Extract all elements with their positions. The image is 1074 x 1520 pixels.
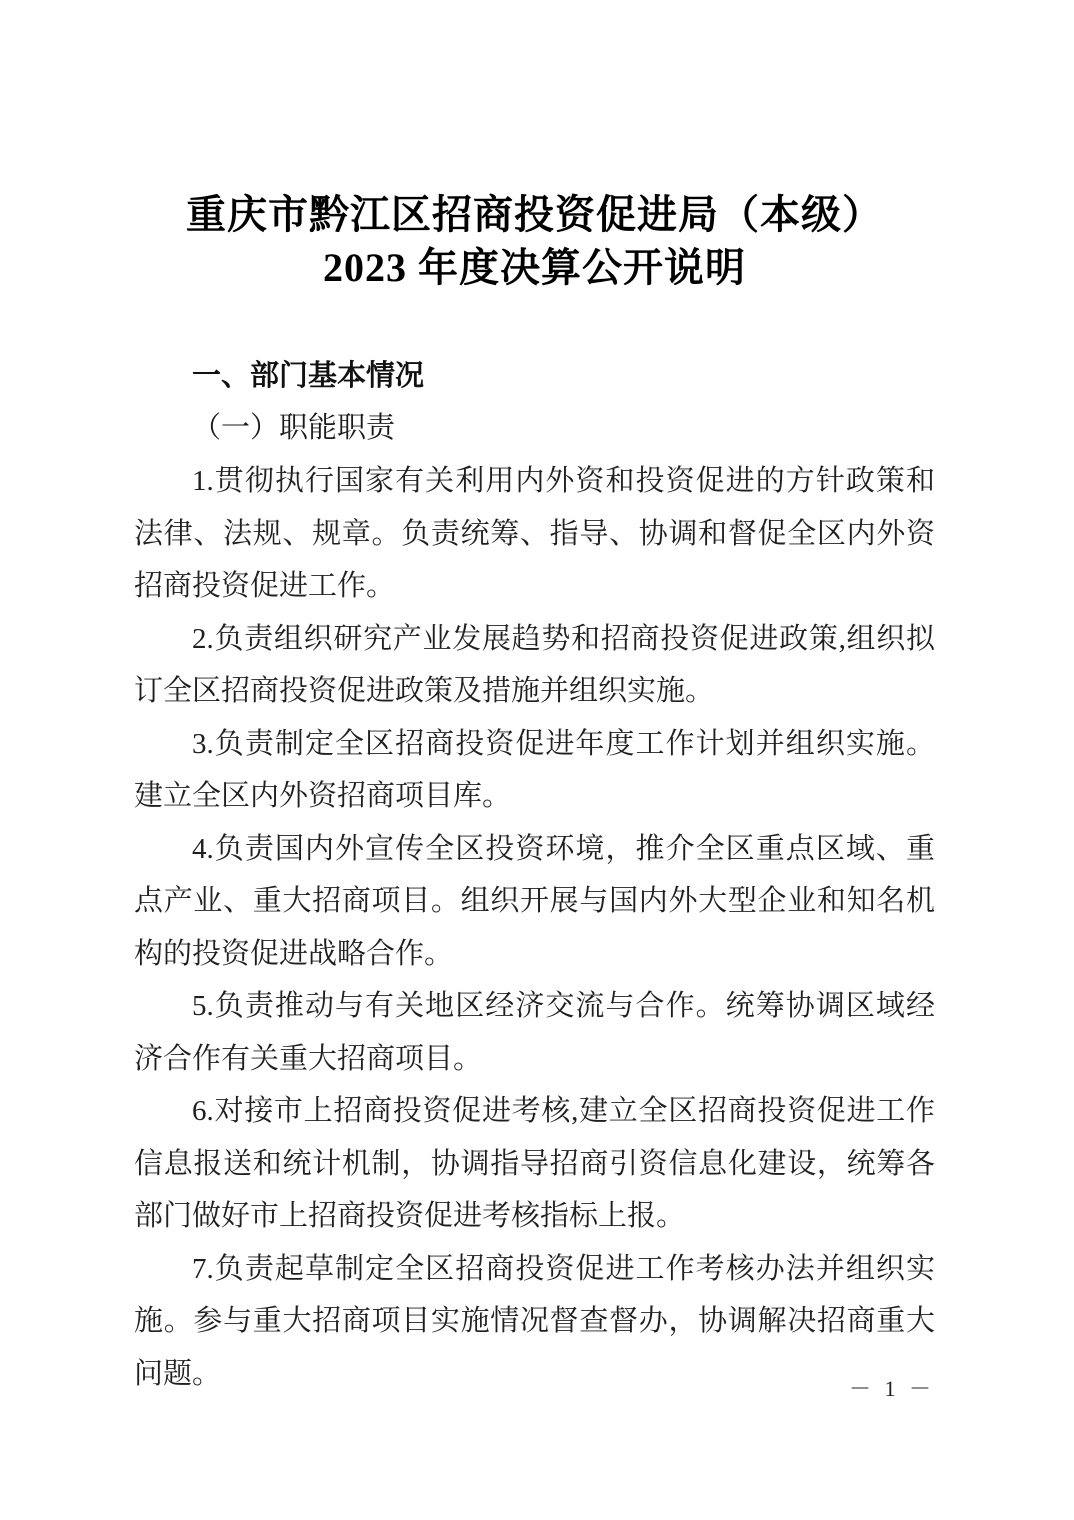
paragraph-4: 4.负责国内外宣传全区投资环境，推介全区重点区域、重点产业、重大招商项目。组织开… xyxy=(134,823,935,981)
paragraph-5: 5.负责推动与有关地区经济交流与合作。统筹协调区域经济合作有关重大招商项目。 xyxy=(134,980,935,1085)
paragraph-1: 1.贯彻执行国家有关利用内外资和投资促进的方针政策和法律、法规、规章。负责统筹、… xyxy=(134,455,935,613)
subsection-heading: （一）职能职责 xyxy=(134,402,935,455)
document-title-line2: 2023 年度决算公开说明 xyxy=(134,241,935,294)
body-text: 1.贯彻执行国家有关利用内外资和投资促进的方针政策和法律、法规、规章。负责统筹、… xyxy=(134,455,935,1400)
paragraph-3: 3.负责制定全区招商投资促进年度工作计划并组织实施。建立全区内外资招商项目库。 xyxy=(134,718,935,823)
section-heading: 一、部门基本情况 xyxy=(134,350,935,402)
paragraph-7: 7.负责起草制定全区招商投资促进工作考核办法并组织实施。参与重大招商项目实施情况… xyxy=(134,1243,935,1401)
page-number: － 1 － xyxy=(849,1372,935,1403)
document-title-line1: 重庆市黔江区招商投资促进局（本级） xyxy=(134,188,935,241)
paragraph-6: 6.对接市上招商投资促进考核,建立全区招商投资促进工作信息报送和统计机制，协调指… xyxy=(134,1085,935,1243)
document-page: 重庆市黔江区招商投资促进局（本级） 2023 年度决算公开说明 一、部门基本情况… xyxy=(0,0,1074,1520)
document-content: 重庆市黔江区招商投资促进局（本级） 2023 年度决算公开说明 一、部门基本情况… xyxy=(134,188,935,1400)
document-title: 重庆市黔江区招商投资促进局（本级） 2023 年度决算公开说明 xyxy=(134,188,935,294)
paragraph-2: 2.负责组织研究产业发展趋势和招商投资促进政策,组织拟订全区招商投资促进政策及措… xyxy=(134,613,935,718)
